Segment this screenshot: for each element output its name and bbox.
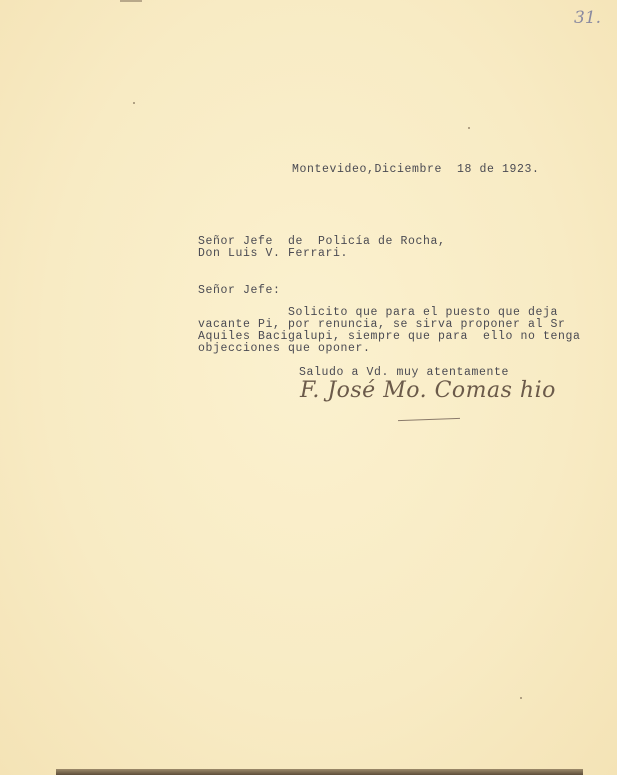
handwritten-signature: F. José Mo. Comas hio [300,378,556,403]
folio-number: 31. [574,8,601,28]
date-line: Montevideo,Diciembre 18 de 1923. [292,164,540,176]
paper-speck [520,697,522,699]
paper-speck [468,127,470,129]
top-edge-mark [120,0,142,2]
body-line-4: objecciones que oponer. [198,343,371,355]
signature-underline [398,418,460,421]
addressee-line-2: Don Luis V. Ferrari. [198,248,348,260]
salutation: Señor Jefe: [198,285,281,297]
paper-speck [133,102,135,104]
document-page: 31. Montevideo,Diciembre 18 de 1923. Señ… [0,0,617,775]
bottom-edge-shadow [56,769,583,775]
